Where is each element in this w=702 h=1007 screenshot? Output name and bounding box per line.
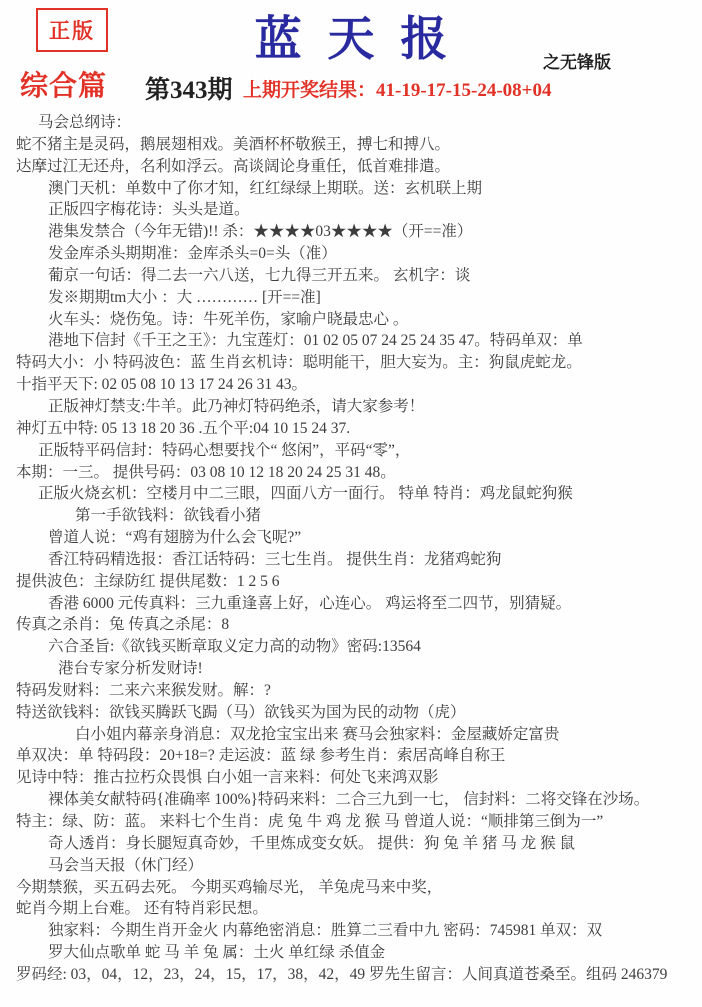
text-line: 曾道人说：“鸡有翅膀为什么会飞呢?”: [0, 527, 702, 549]
text-line: 特送欲钱料：欲钱买腾跃飞跼（马）欲钱买为国为民的动物（虎）: [0, 702, 702, 724]
body-lines: 马会总纲诗：蛇不猪主是灵码，鹅展翅相戏。美酒杯杯敬猴王，搏七和搏八。达摩过江无还…: [0, 112, 702, 986]
text-line: 达摩过江无还舟，名利如浮云。高谈阔论身重任，低首难排遣。: [0, 156, 702, 178]
text-line: 发※期期tm大小 ：大 ………… [开==准]: [0, 287, 702, 309]
text-line: 香江特码精选报：香江话特码：三七生肖。 提供生肖：龙猪鸡蛇狗: [0, 549, 702, 571]
text-line: 马会总纲诗：: [0, 112, 702, 134]
text-line: 蛇不猪主是灵码，鹅展翅相戏。美酒杯杯敬猴王，搏七和搏八。: [0, 134, 702, 156]
section-title: 综合篇: [20, 64, 107, 104]
text-line: 见诗中特：推古拉朽众畏惧 白小姐一言来料：何处飞来鸿双影: [0, 767, 702, 789]
text-line: 今期禁猴，买五码去死。 今期买鸡输尽光， 羊兔虎马来中奖，: [0, 877, 702, 899]
text-line: 正版特平码信封：特码心想要找个“ 悠闲”，平码“零”，: [0, 440, 702, 462]
text-line: 澳门天机：单数中了你才知，红红绿绿上期联。送：玄机联上期: [0, 178, 702, 200]
last-draw-result: 上期开奖结果：41-19-17-15-24-08+04: [243, 75, 551, 102]
text-line: 葡京一句话：得二去一六八送，七九得三开五来。 玄机字：谈: [0, 265, 702, 287]
text-line: 六合圣旨:《欲钱买断章取义定力高的动物》密码:13564: [0, 636, 702, 658]
text-line: 罗大仙点歌单 蛇 马 羊 兔 属：土火 单红绿 杀值金: [0, 942, 702, 964]
blue-sky-report-page: 正版 蓝天报 之无锋版 综合篇 第343期 上期开奖结果：41-19-17-15…: [0, 0, 702, 1007]
text-line: 港台专家分析发财诗!: [0, 658, 702, 680]
text-line: 奇人透肖：身长腿短真奇妙，千里炼成变女妖。 提供：狗 兔 羊 猪 马 龙 猴 鼠: [0, 833, 702, 855]
text-line: 特码发财料：二来六来猴发财。解：?: [0, 680, 702, 702]
text-line: 白小姐内幕亲身消息：双龙抢宝宝出来 赛马会独家料：金屋藏娇定富贵: [0, 724, 702, 746]
text-line: 特主：绿、防：蓝。 来料七个生肖：虎 兔 牛 鸡 龙 猴 马 曾道人说：“顺排第…: [0, 811, 702, 833]
text-line: 港集发禁合（今年无错)!! 杀：★★★★03★★★★（开==准）: [0, 221, 702, 243]
text-line: 第一手欲钱料：欲钱看小猪: [0, 505, 702, 527]
text-line: 传真之杀肖：兔 传真之杀尾：8: [0, 614, 702, 636]
text-line: 蛇肖今期上台难。 还有特肖彩民想。: [0, 898, 702, 920]
last-draw-result-numbers: 41-19-17-15-24-08+04: [376, 80, 551, 101]
header-row: 综合篇 第343期 上期开奖结果：41-19-17-15-24-08+04: [0, 60, 702, 106]
text-line: 正版四字梅花诗：头头是道。: [0, 199, 702, 221]
last-draw-result-label: 上期开奖结果：: [243, 80, 376, 101]
text-line: 独家料：今期生肖开金火 内幕绝密消息：胜算二三看中九 密码：745981 单双：…: [0, 920, 702, 942]
text-line: 马会当天报（休门经）: [0, 855, 702, 877]
text-line: 罗码经: 03，04，12，23，24，15，17，38，42，49 罗先生留言…: [0, 964, 702, 986]
text-line: 十指平天下: 02 05 08 10 13 17 24 26 31 43。: [0, 374, 702, 396]
text-line: 正版火烧玄机：空楼月中二三眼，四面八方一面行。 特单 特肖：鸡龙鼠蛇狗猴: [0, 483, 702, 505]
text-line: 神灯五中特: 05 13 18 20 36 .五个平:04 10 15 24 3…: [0, 418, 702, 440]
text-line: 港地下信封《千王之王》：九宝莲灯：01 02 05 07 24 25 24 35…: [0, 330, 702, 352]
issue-number: 第343期: [145, 70, 233, 106]
text-line: 发金库杀头期期准：金库杀头=0=头（准）: [0, 243, 702, 265]
text-line: 单双决：单 特码段：20+18=? 走运波：蓝 绿 参考生肖：索居高峰自称王: [0, 745, 702, 767]
text-line: 火车头：烧伤兔。诗：牛死羊伤，家喻户晓最忠心 。: [0, 309, 702, 331]
text-line: 提供波色：主绿防红 提供尾数：1 2 5 6: [0, 571, 702, 593]
text-line: 本期：一三。 提供号码：03 08 10 12 18 20 24 25 31 4…: [0, 462, 702, 484]
text-line: 裸体美女献特码{准确率 100%}特码来料：二合三九到一七， 信封料：二将交锋在…: [0, 789, 702, 811]
text-line: 特码大小：小 特码波色：蓝 生肖玄机诗：聪明能干，胆大妄为。主：狗鼠虎蛇龙。: [0, 352, 702, 374]
text-line: 香港 6000 元传真料：三九重逢喜上好，心连心。 鸡运将至二四节，别猜疑。: [0, 593, 702, 615]
text-line: 正版神灯禁支:牛羊。此乃神灯特码绝杀，请大家参考！: [0, 396, 702, 418]
